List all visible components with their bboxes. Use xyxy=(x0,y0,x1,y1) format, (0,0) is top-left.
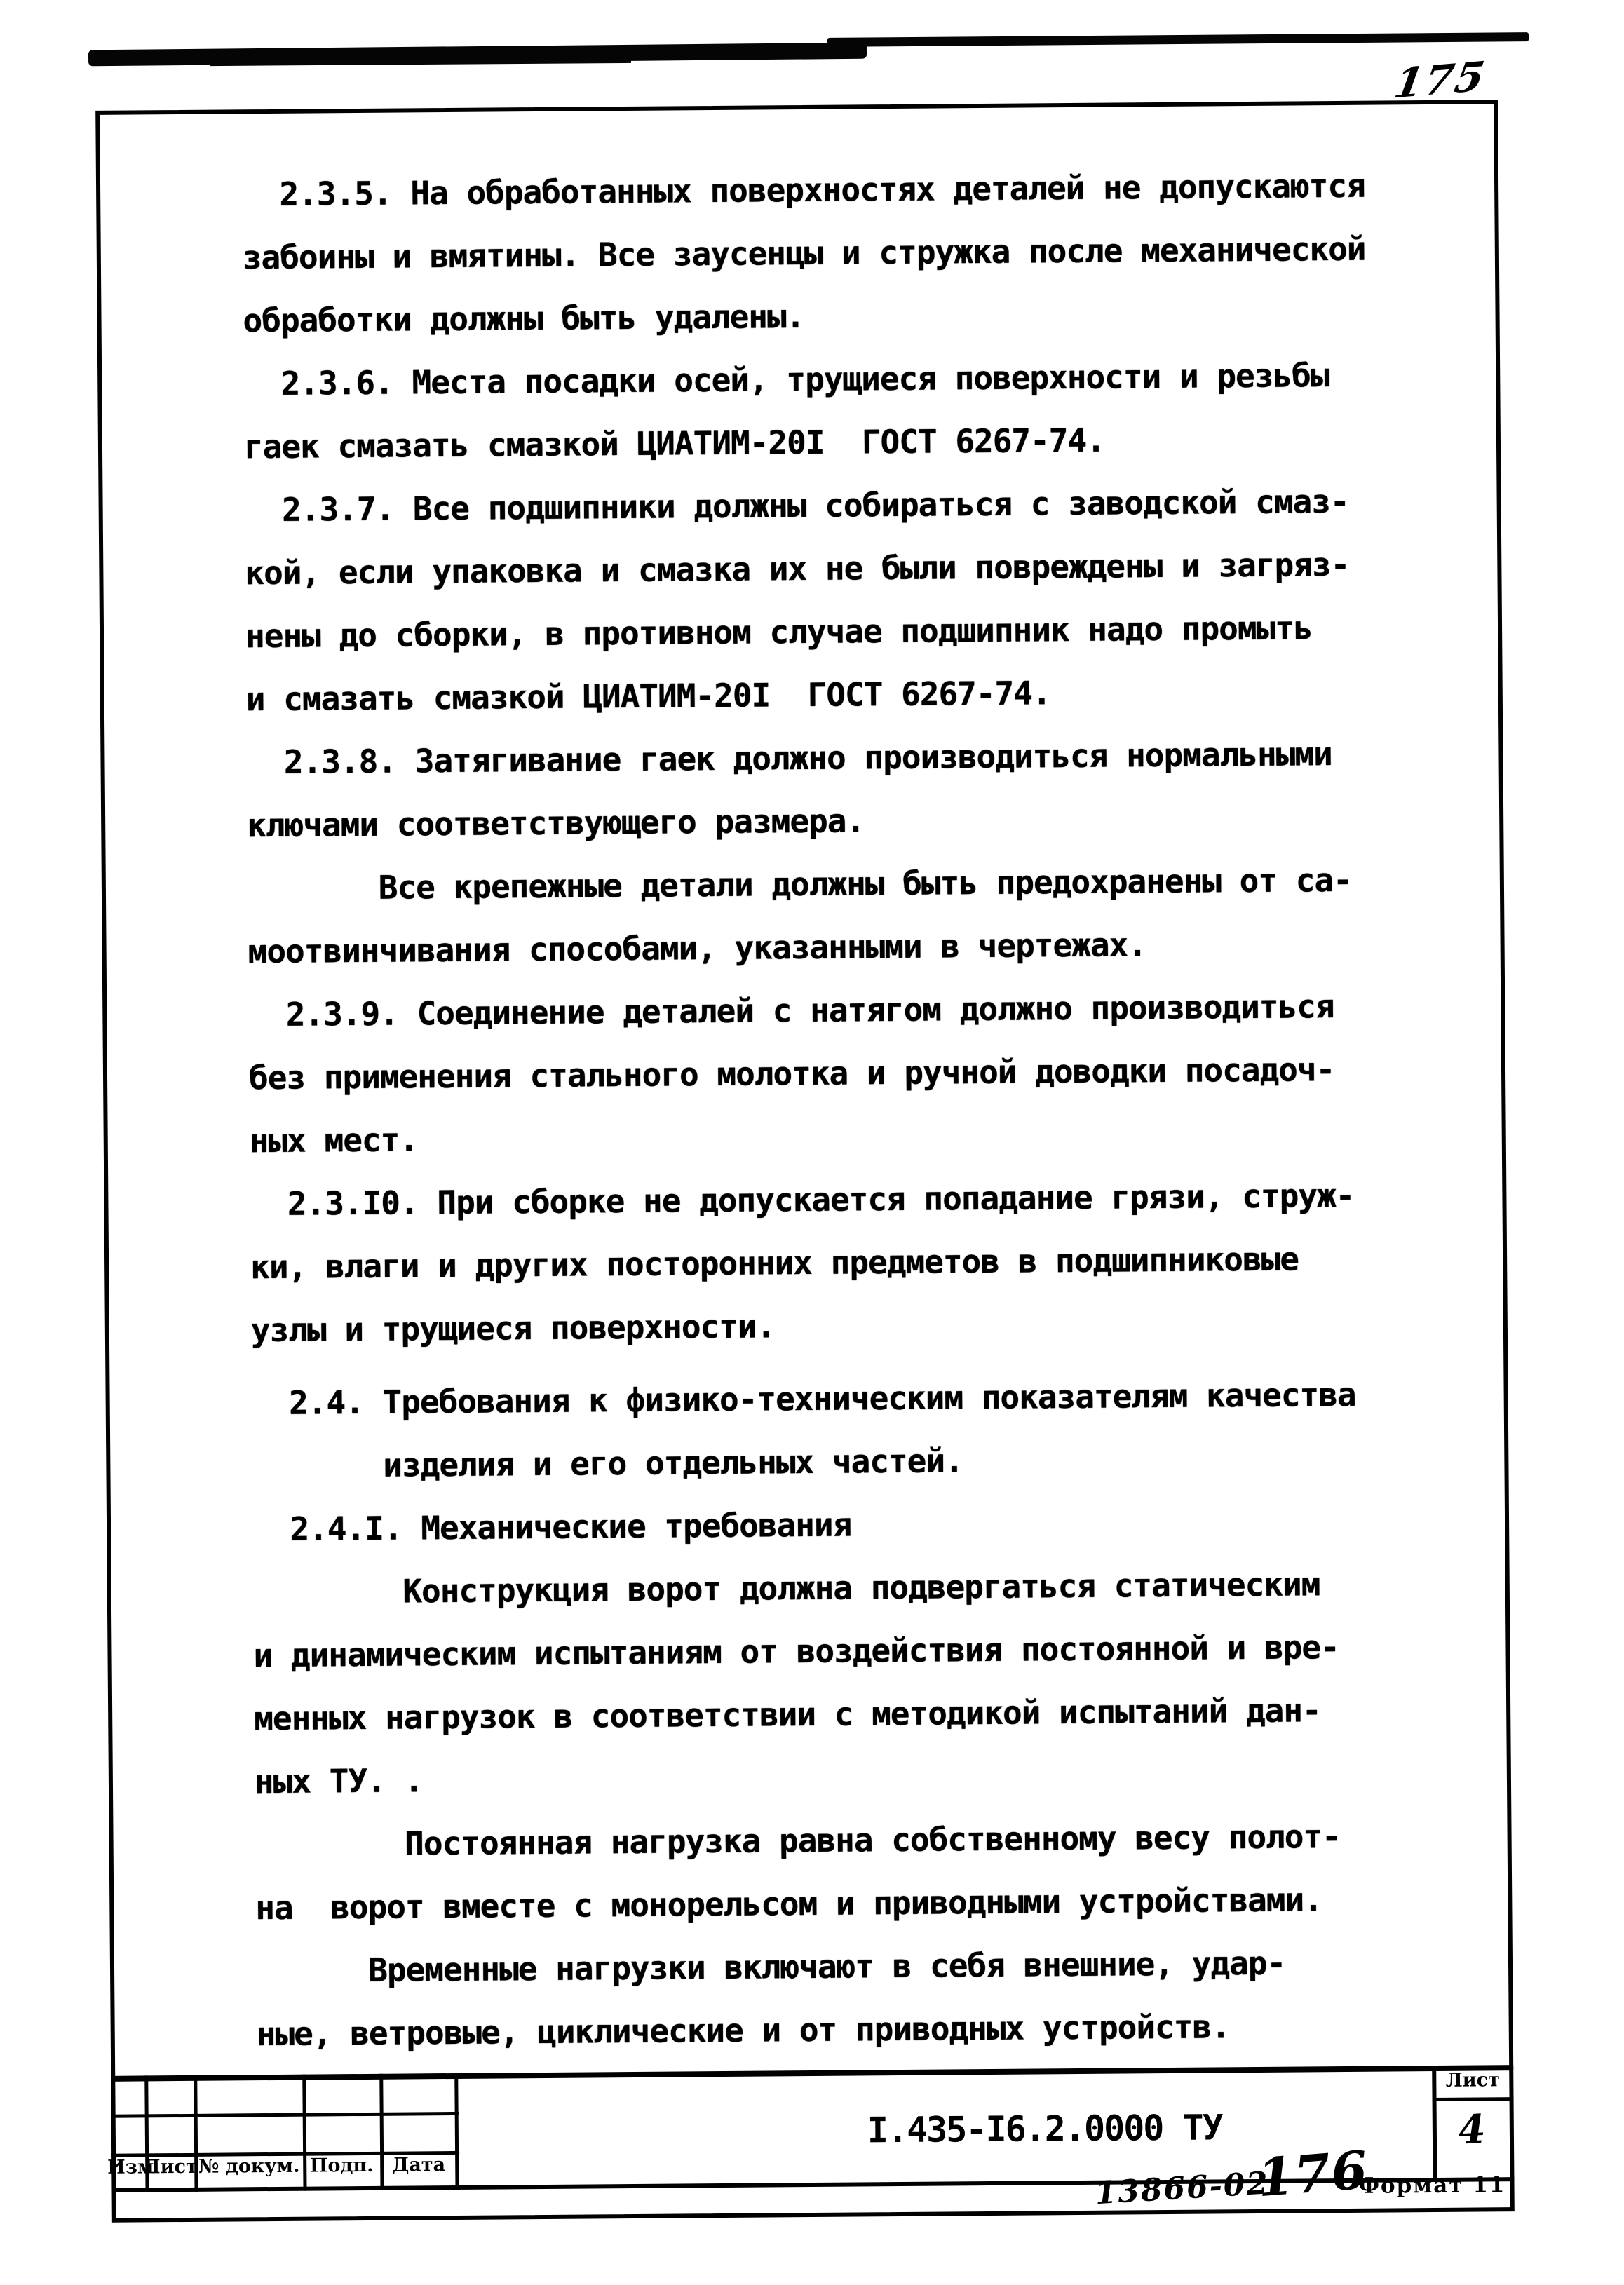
title-block-column-label: Подп. xyxy=(310,2155,374,2177)
text-line: и смазать смазкой ЦИАТИМ-20I ГОСТ 6267-7… xyxy=(245,659,1369,731)
text-line: Временные нагрузки включают в себя внешн… xyxy=(256,1931,1379,2003)
text-line: менных нагрузок в соответствии с методик… xyxy=(254,1679,1377,1751)
text-line: узлы и трущиеся поверхности. xyxy=(251,1290,1374,1362)
text-line: ключами соответствующего размера. xyxy=(247,785,1370,857)
text-line: гаек смазать смазкой ЦИАТИМ-20I ГОСТ 626… xyxy=(244,407,1367,479)
title-block-column-label: Дата xyxy=(392,2154,445,2176)
body-text: 2.3.5. На обработанных поверхностях дета… xyxy=(242,154,1380,2066)
text-line: и динамическим испытаниям от воздействия… xyxy=(253,1615,1376,1688)
sheet-label: Лист xyxy=(1446,2069,1500,2091)
title-block-top-line xyxy=(111,2065,1513,2082)
text-line: 2.3.6. Места посадки осей, трущиеся пове… xyxy=(243,344,1367,416)
text-line: кой, если упаковка и смазка их не были п… xyxy=(245,533,1368,605)
text-line: 2.3.7. Все подшипники должны собираться … xyxy=(244,470,1367,542)
text-line: на ворот вместе с монорельсом и приводны… xyxy=(255,1868,1379,1940)
page-frame: 2.3.5. На обработанных поверхностях дета… xyxy=(95,100,1515,2223)
text-line: нены до сборки, в противном случае подши… xyxy=(245,596,1369,668)
scanned-document-page: { "page": { "handwritten_page_number": "… xyxy=(0,0,1624,2285)
sheet-cell-divider xyxy=(1433,2097,1514,2101)
text-line: изделия и его отдельных частей. xyxy=(252,1426,1375,1498)
text-line: ные, ветровые, циклические и от приводны… xyxy=(256,1994,1379,2066)
text-line: 2.3.8. Затягивание гаек должно производи… xyxy=(246,722,1369,794)
document-number: I.435-I6.2.0000 ТУ xyxy=(867,2107,1222,2150)
text-line: ных мест. xyxy=(249,1101,1372,1173)
text-line: 2.3.5. На обработанных поверхностях дета… xyxy=(242,154,1365,226)
text-line: моотвинчивания способами, указанными в ч… xyxy=(248,911,1371,984)
text-line: 2.4.I. Механические требования xyxy=(252,1489,1376,1561)
text-line: Постоянная нагрузка равна собственному в… xyxy=(255,1805,1378,1877)
title-block-column-line xyxy=(379,2074,384,2190)
handwritten-sheet-count: 176 xyxy=(1255,2140,1370,2209)
title-block-column-label: № докум. xyxy=(198,2155,300,2178)
title-block-column-line xyxy=(454,2073,459,2190)
format-note: Формат 11 xyxy=(1358,2172,1505,2199)
title-block-column-line xyxy=(302,2075,306,2191)
text-line: Все крепежные детали должны быть предохр… xyxy=(248,848,1371,921)
text-line: 2.4. Требования к физико-техническим пок… xyxy=(251,1363,1374,1435)
text-line: 2.3.9. Соединение деталей с натягом долж… xyxy=(248,975,1372,1047)
text-line: ки, влаги и других посторонних предметов… xyxy=(250,1227,1374,1299)
sheet-cell-divider xyxy=(1432,2066,1437,2182)
text-line: обработки должны быть удалены. xyxy=(243,280,1366,353)
text-line: без применения стального молотка и ручно… xyxy=(249,1038,1372,1110)
handwritten-inventory-code: 13866-02 xyxy=(1094,2165,1270,2211)
title-block-column-label: Лист xyxy=(144,2156,198,2178)
text-line: 2.3.I0. При сборке не допускается попада… xyxy=(250,1164,1373,1236)
text-line: Конструкция ворот должна подвергаться ст… xyxy=(252,1552,1376,1625)
scan-edge-artifact xyxy=(827,32,1529,47)
sheet-number: 4 xyxy=(1456,2106,1487,2153)
title-block-row-line xyxy=(111,2112,459,2118)
text-line: забоины и вмятины. Все заусенцы и стружк… xyxy=(243,217,1366,290)
text-line: ных ТУ. . xyxy=(255,1742,1378,1814)
